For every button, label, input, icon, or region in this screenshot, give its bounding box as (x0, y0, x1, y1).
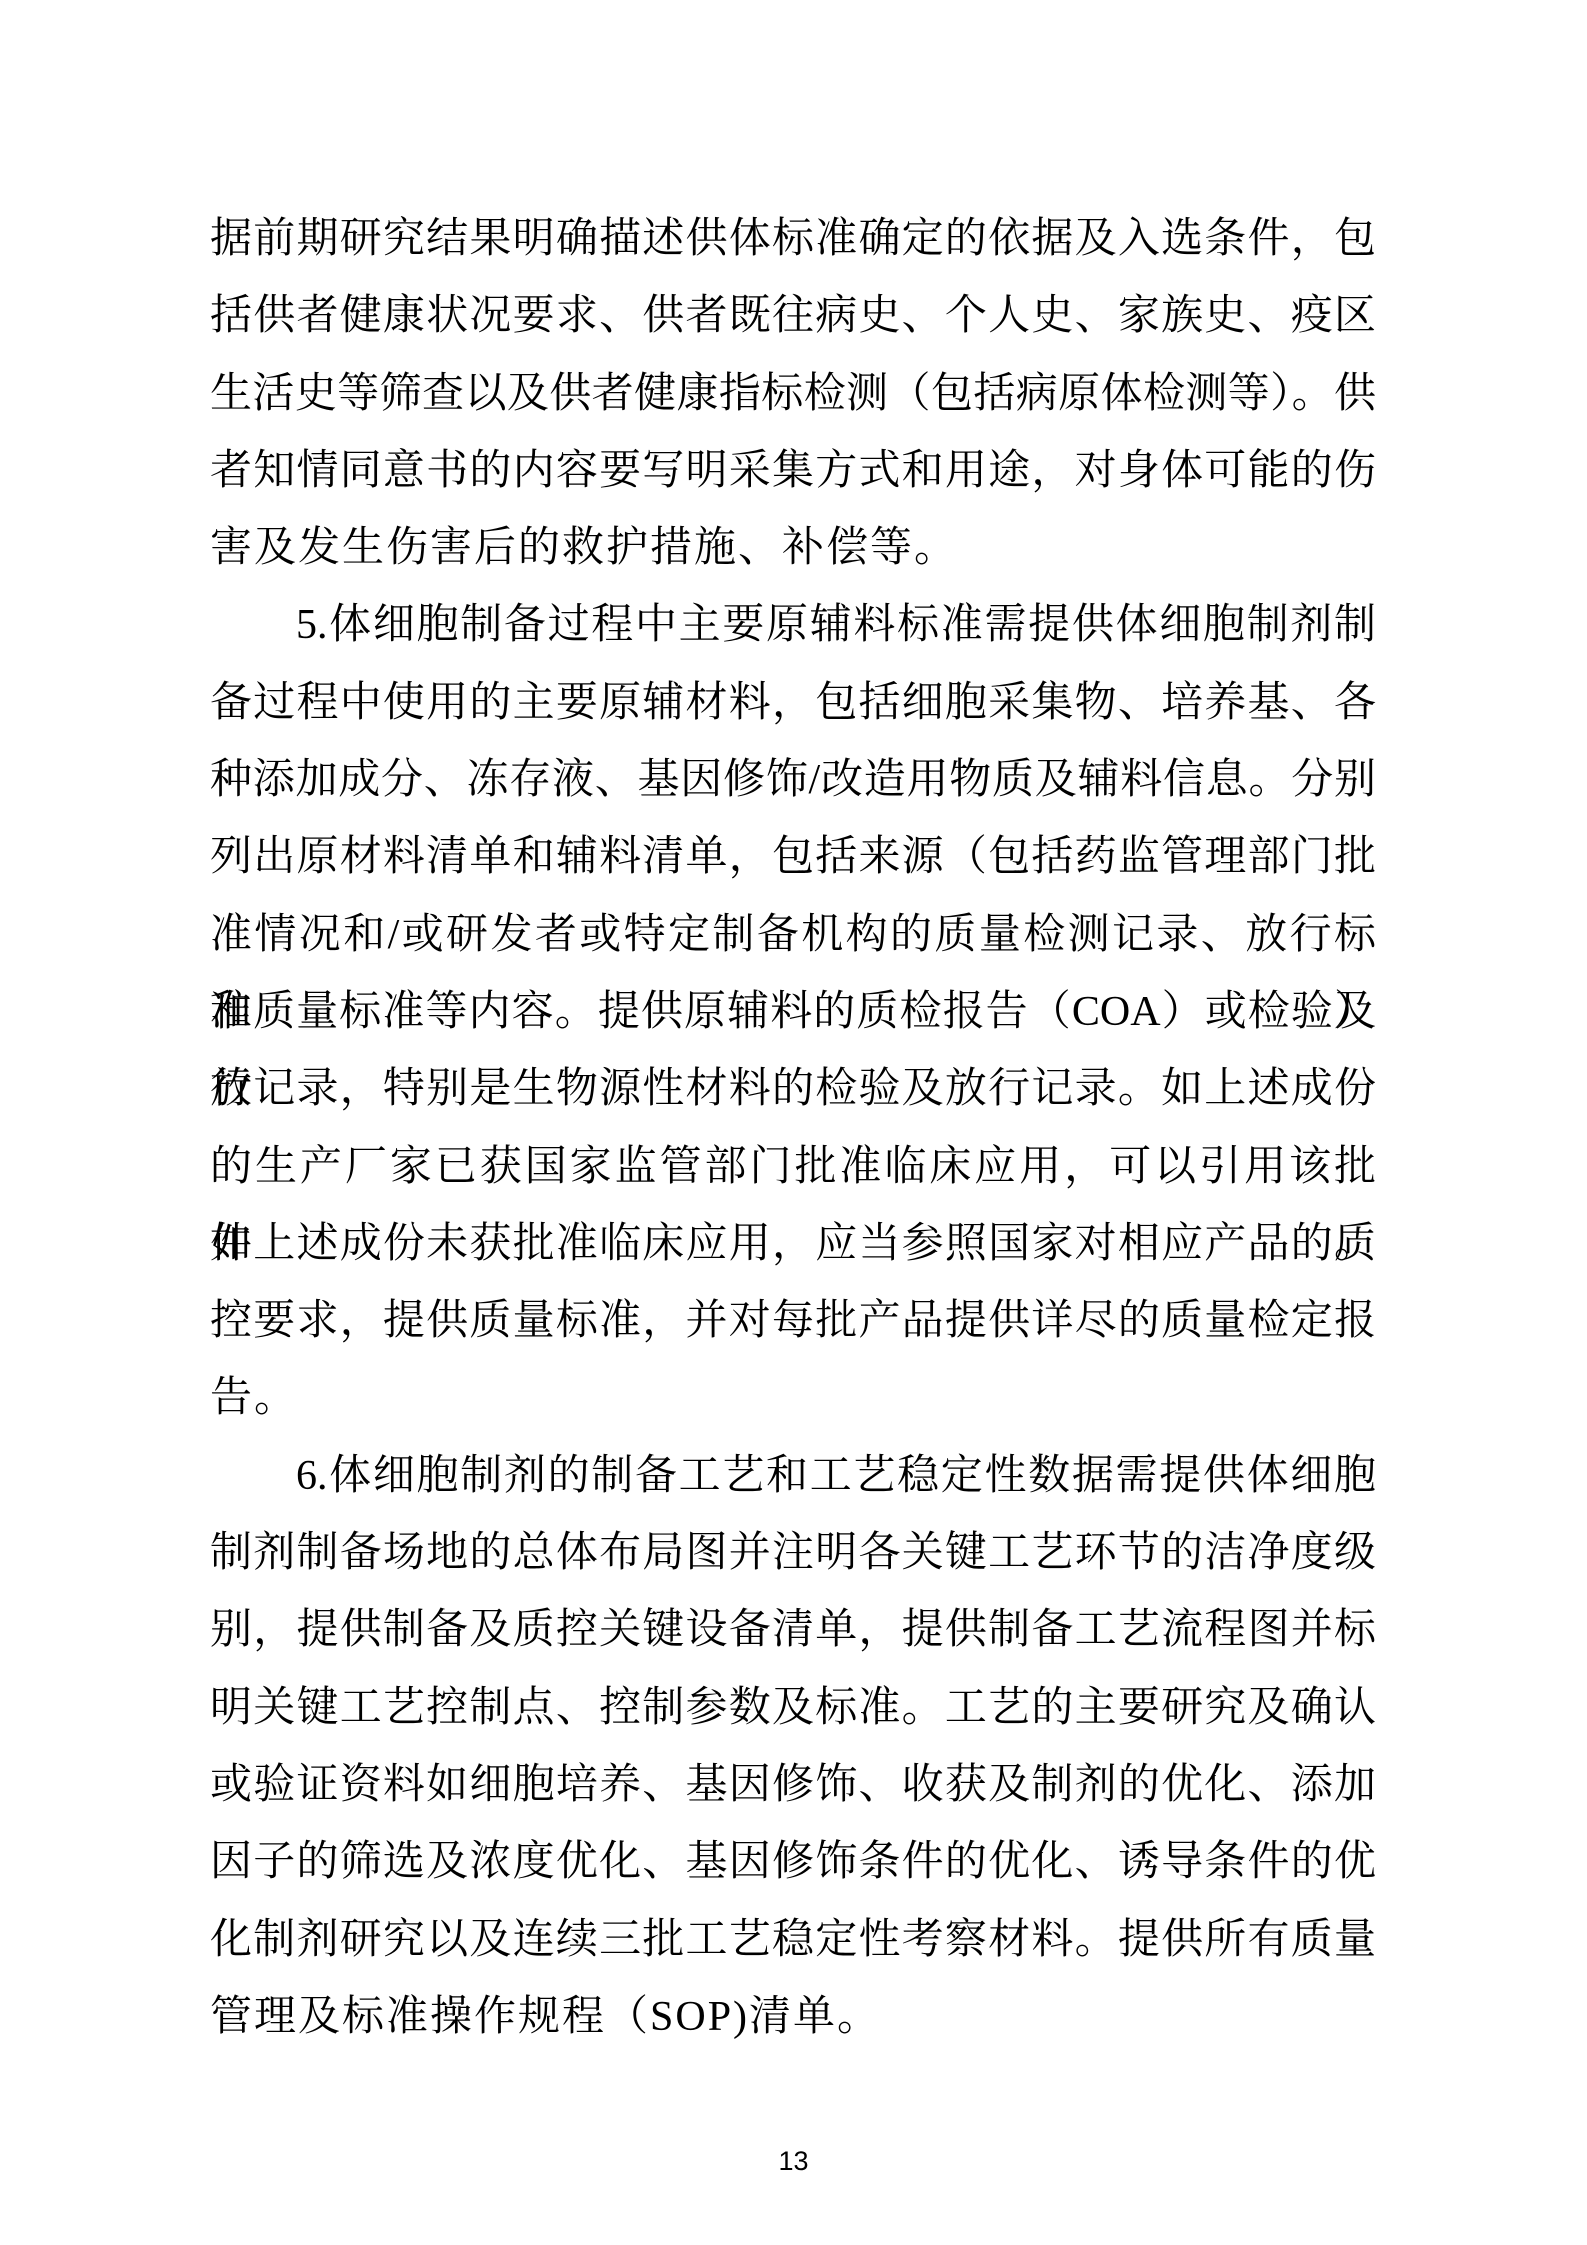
text-line: 制剂制备场地的总体布局图并注明各关键工艺环节的洁净度级 (210, 1515, 1376, 1592)
text-line: 和质量标准等内容。提供原辅料的质检报告（COA）或检验及放 (210, 974, 1376, 1051)
text-line: 管理及标准操作规程（SOP)清单。 (210, 1979, 1376, 2056)
text-line: 准情况和/或研发者或特定制备机构的质量检测记录、放行标准） (210, 897, 1376, 974)
text-line: 5.体细胞制备过程中主要原辅料标准需提供体细胞制剂制 (210, 587, 1376, 664)
document-page: 据前期研究结果明确描述供体标准确定的依据及入选条件，包括供者健康状况要求、供者既… (0, 0, 1587, 2245)
text-line: 化制剂研究以及连续三批工艺稳定性考察材料。提供所有质量 (210, 1902, 1376, 1979)
page-number: 13 (0, 2144, 1587, 2178)
text-line: 行记录，特别是生物源性材料的检验及放行记录。如上述成份 (210, 1051, 1376, 1128)
text-line: 列出原材料清单和辅料清单，包括来源（包括药监管理部门批 (210, 819, 1376, 896)
text-line: 因子的筛选及浓度优化、基因修饰条件的优化、诱导条件的优 (210, 1824, 1376, 1901)
text-line: 明关键工艺控制点、控制参数及标准。工艺的主要研究及确认 (210, 1670, 1376, 1747)
text-line: 控要求，提供质量标准，并对每批产品提供详尽的质量检定报 (210, 1283, 1376, 1360)
text-line: 或验证资料如细胞培养、基因修饰、收获及制剂的优化、添加 (210, 1747, 1376, 1824)
text-line: 括供者健康状况要求、供者既往病史、个人史、家族史、疫区 (210, 278, 1376, 355)
text-line: 据前期研究结果明确描述供体标准确定的依据及入选条件，包 (210, 201, 1376, 278)
text-line: 告。 (210, 1360, 1376, 1437)
document-body: 据前期研究结果明确描述供体标准确定的依据及入选条件，包括供者健康状况要求、供者既… (210, 201, 1376, 2056)
text-line: 种添加成分、冻存液、基因修饰/改造用物质及辅料信息。分别 (210, 742, 1376, 819)
text-line: 生活史等筛查以及供者健康指标检测（包括病原体检测等）。供 (210, 356, 1376, 433)
text-line: 者知情同意书的内容要写明采集方式和用途，对身体可能的伤 (210, 433, 1376, 510)
text-line: 备过程中使用的主要原辅材料，包括细胞采集物、培养基、各 (210, 665, 1376, 742)
text-line: 如上述成份未获批准临床应用，应当参照国家对相应产品的质 (210, 1206, 1376, 1283)
text-line: 害及发生伤害后的救护措施、补偿等。 (210, 510, 1376, 587)
text-line: 6.体细胞制剂的制备工艺和工艺稳定性数据需提供体细胞 (210, 1438, 1376, 1515)
text-line: 别，提供制备及质控关键设备清单，提供制备工艺流程图并标 (210, 1592, 1376, 1669)
text-line: 的生产厂家已获国家监管部门批准临床应用，可以引用该批件。 (210, 1129, 1376, 1206)
